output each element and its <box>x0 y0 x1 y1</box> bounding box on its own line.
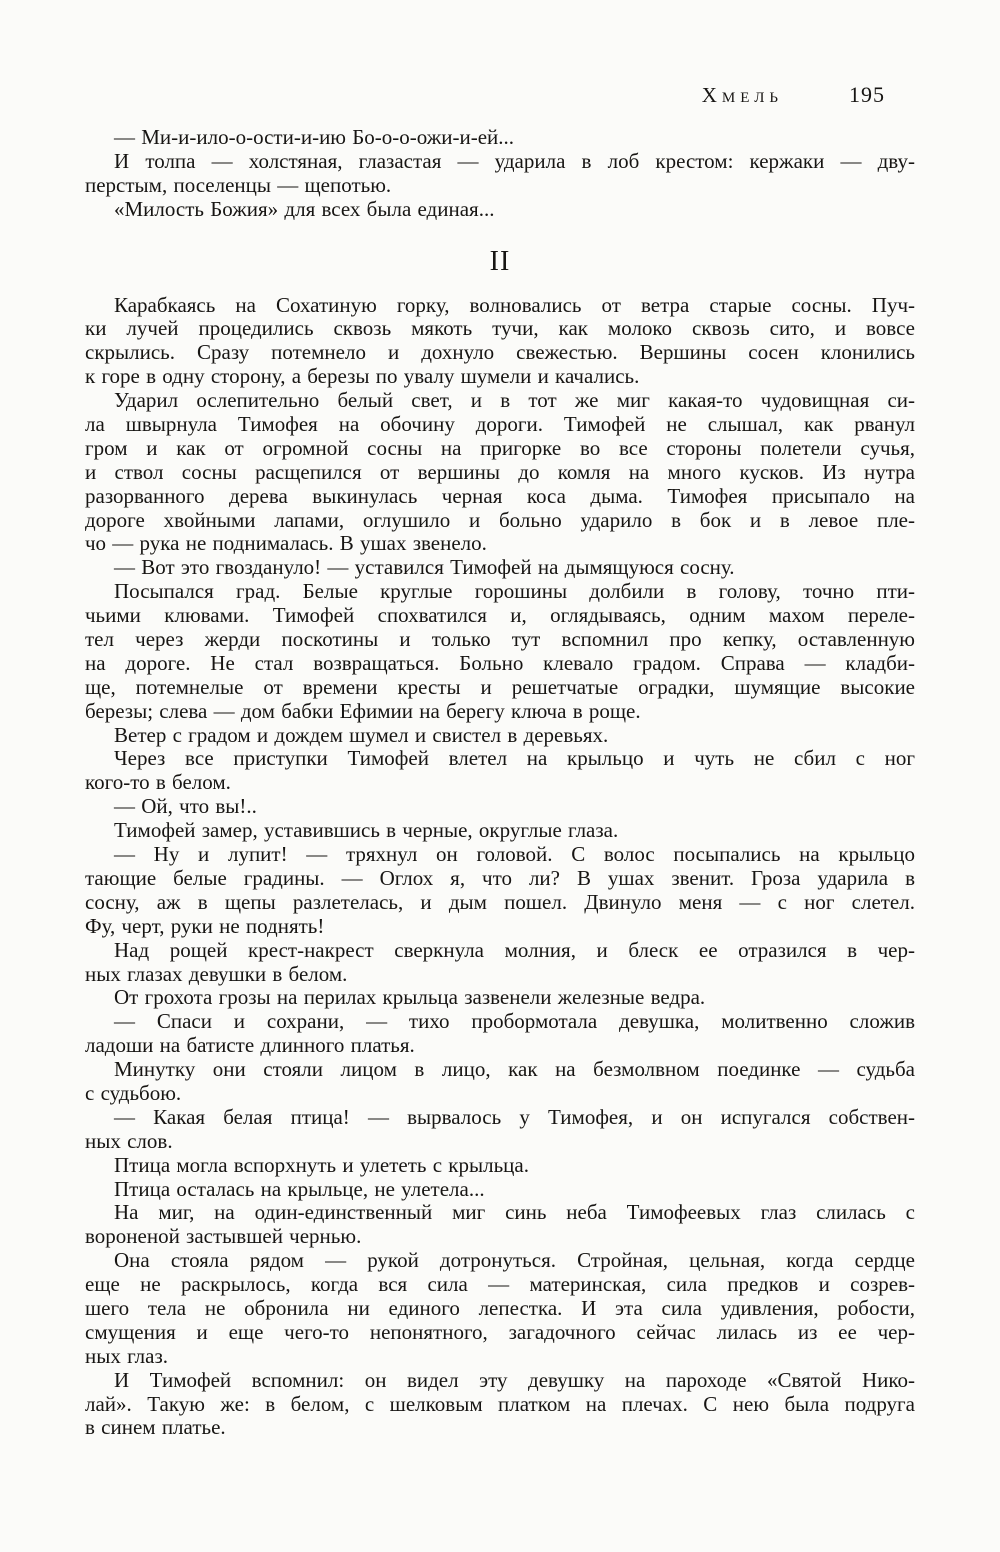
paragraph: На миг, на один-единственный миг синь не… <box>85 1201 915 1249</box>
paragraph: «Милость Божия» для всех была единая... <box>85 198 915 222</box>
paragraph: Карабкаясь на Сохатиную горку, волновали… <box>85 294 915 390</box>
running-head: Хмель 195 <box>85 82 915 108</box>
text-line: березы; слева — дом бабки Ефимии на бере… <box>85 700 915 724</box>
text-line: И Тимофей вспомнил: он видел эту девушку… <box>85 1369 915 1393</box>
text-line: — Ми-и-ило-о-ости-и-ию Бо-о-о-ожи-и-ей..… <box>85 126 915 150</box>
text-line: Над рощей крест-накрест сверкнула молния… <box>85 939 915 963</box>
text-line: Ударил ослепительно белый свет, и в тот … <box>85 389 915 413</box>
section-heading: II <box>85 248 915 276</box>
paragraph: Через все приступки Тимофей влетел на кр… <box>85 747 915 795</box>
paragraph: Посыпался град. Белые круглые горошины д… <box>85 580 915 723</box>
text-line: И толпа — холстяная, глазастая — ударила… <box>85 150 915 174</box>
paragraph: — Вот это гвоздануло! — уставился Тимофе… <box>85 556 915 580</box>
text-line: Карабкаясь на Сохатиную горку, волновали… <box>85 294 915 318</box>
text-line: кого-то в белом. <box>85 771 915 795</box>
paragraph: — Ми-и-ило-о-ости-и-ию Бо-о-о-ожи-и-ей..… <box>85 126 915 150</box>
text-line: перстым, поселенцы — щепотью. <box>85 174 915 198</box>
text-line: чьими клювами. Тимофей спохватился и, ог… <box>85 604 915 628</box>
text-line: Птица могла вспорхнуть и улететь с крыль… <box>85 1154 915 1178</box>
text-line: ных слов. <box>85 1130 915 1154</box>
paragraph: — Какая белая птица! — вырвалось у Тимоф… <box>85 1106 915 1154</box>
text-line: — Ну и лупит! — тряхнул он головой. С во… <box>85 843 915 867</box>
page-number: 195 <box>849 82 885 108</box>
text-line: — Вот это гвоздануло! — уставился Тимофе… <box>85 556 915 580</box>
paragraph: Ветер с градом и дождем шумел и свистел … <box>85 724 915 748</box>
text-line: тел через жерди поскотины и только тут в… <box>85 628 915 652</box>
text-line: ных глаз. <box>85 1345 915 1369</box>
text-line: сосну, аж в щепы разлетелась, и дым поше… <box>85 891 915 915</box>
paragraph: Птица могла вспорхнуть и улететь с крыль… <box>85 1154 915 1178</box>
paragraph: Тимофей замер, уставившись в черные, окр… <box>85 819 915 843</box>
paragraph: — Ой, что вы!.. <box>85 795 915 819</box>
paragraph: Ударил ослепительно белый свет, и в тот … <box>85 389 915 556</box>
text-line: на дороге. Не стал возвращаться. Больно … <box>85 652 915 676</box>
text-line: смущения и еще чего-то непонятного, зага… <box>85 1321 915 1345</box>
text-line: дороге хвойными лапами, оглушило и больн… <box>85 509 915 533</box>
paragraph: Птица осталась на крыльце, не улетела... <box>85 1178 915 1202</box>
text-line: ще, потемнелые от времени кресты и решет… <box>85 676 915 700</box>
text-line: чо — рука не поднималась. В ушах звенело… <box>85 532 915 556</box>
text-line: разорванного дерева выкинулась черная ко… <box>85 485 915 509</box>
text-line: Через все приступки Тимофей влетел на кр… <box>85 747 915 771</box>
text-line: Птица осталась на крыльце, не улетела... <box>85 1178 915 1202</box>
running-title: Хмель <box>702 83 783 108</box>
paragraph: Над рощей крест-накрест сверкнула молния… <box>85 939 915 987</box>
paragraph: — Спаси и сохрани, — тихо пробормотала д… <box>85 1010 915 1058</box>
text-line: скрылись. Сразу потемнело и дохнуло свеж… <box>85 341 915 365</box>
text-line: тающие белые градины. — Оглох я, что ли?… <box>85 867 915 891</box>
text-line: в синем платье. <box>85 1416 915 1440</box>
text-line: Тимофей замер, уставившись в черные, окр… <box>85 819 915 843</box>
text-line: лай». Такую же: в белом, с шелковым плат… <box>85 1393 915 1417</box>
paragraph: — Ну и лупит! — тряхнул он головой. С во… <box>85 843 915 939</box>
text-line: еще не раскрылось, когда вся сила — мате… <box>85 1273 915 1297</box>
text-line: к горе в одну сторону, а березы по увалу… <box>85 365 915 389</box>
text-line: Ветер с градом и дождем шумел и свистел … <box>85 724 915 748</box>
text-line: Она стояла рядом — рукой дотронуться. Ст… <box>85 1249 915 1273</box>
book-page: Хмель 195 — Ми-и-ило-о-ости-и-ию Бо-о-о-… <box>0 0 1000 1552</box>
text-line: Посыпался град. Белые круглые горошины д… <box>85 580 915 604</box>
text-line: ла швырнула Тимофея на обочину дороги. Т… <box>85 413 915 437</box>
text-line: и ствол сосны расщепился от вершины до к… <box>85 461 915 485</box>
text-line: От грохота грозы на перилах крыльца зазв… <box>85 986 915 1010</box>
text-line: На миг, на один-единственный миг синь не… <box>85 1201 915 1225</box>
text-line: ладоши на батисте длинного платья. <box>85 1034 915 1058</box>
text-line: вороненой застывшей чернью. <box>85 1225 915 1249</box>
text-line: Минутку они стояли лицом в лицо, как на … <box>85 1058 915 1082</box>
paragraph: Минутку они стояли лицом в лицо, как на … <box>85 1058 915 1106</box>
text-line: «Милость Божия» для всех была единая... <box>85 198 915 222</box>
text-line: Фу, черт, руки не поднять! <box>85 915 915 939</box>
text-line: с судьбою. <box>85 1082 915 1106</box>
text-line: шего тела не обронила ни единого лепестк… <box>85 1297 915 1321</box>
paragraph: И Тимофей вспомнил: он видел эту девушку… <box>85 1369 915 1441</box>
paragraph: Она стояла рядом — рукой дотронуться. Ст… <box>85 1249 915 1368</box>
text-line: — Ой, что вы!.. <box>85 795 915 819</box>
text-body: — Ми-и-ило-о-ости-и-ию Бо-о-о-ожи-и-ей..… <box>85 126 915 1440</box>
text-line: ных глазах девушки в белом. <box>85 963 915 987</box>
text-line: — Какая белая птица! — вырвалось у Тимоф… <box>85 1106 915 1130</box>
text-line: гром и как от огромной сосны на пригорке… <box>85 437 915 461</box>
text-line: ки лучей процедились сквозь мякоть тучи,… <box>85 317 915 341</box>
text-line: — Спаси и сохрани, — тихо пробормотала д… <box>85 1010 915 1034</box>
paragraph: И толпа — холстяная, глазастая — ударила… <box>85 150 915 198</box>
paragraph: От грохота грозы на перилах крыльца зазв… <box>85 986 915 1010</box>
